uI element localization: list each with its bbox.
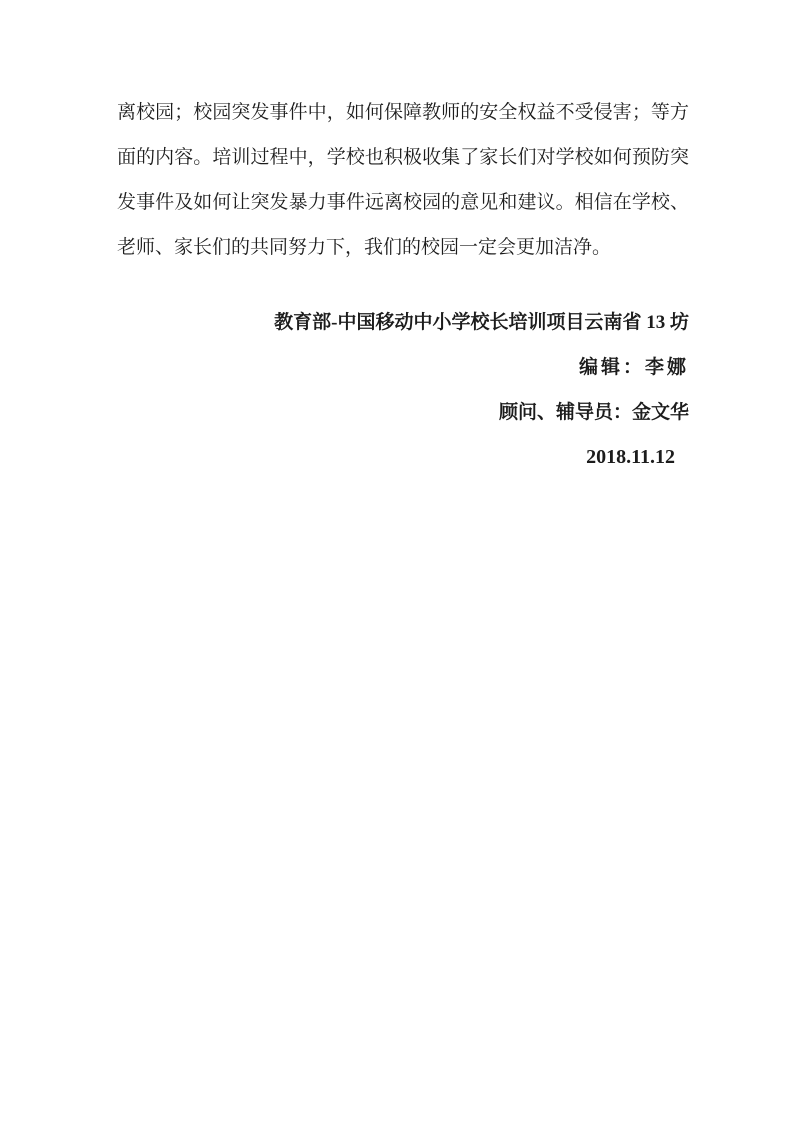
page-content: 离校园；校园突发事件中，如何保障教师的安全权益不受侵害；等方面的内容。培训过程中…	[117, 90, 689, 480]
document-page: { "page": { "background_color": "#ffffff…	[0, 0, 800, 1131]
page: 离校园；校园突发事件中，如何保障教师的安全权益不受侵害；等方面的内容。培训过程中…	[0, 0, 800, 1131]
attribution-organization: 教育部-中国移动中小学校长培训项目云南省 13 坊	[117, 300, 689, 345]
body-paragraph: 离校园；校园突发事件中，如何保障教师的安全权益不受侵害；等方面的内容。培训过程中…	[117, 90, 689, 270]
attribution-editor: 编辑：李娜	[117, 345, 689, 390]
attribution-date: 2018.11.12	[117, 435, 689, 480]
attribution-advisor: 顾问、辅导员：金文华	[117, 390, 689, 435]
attribution-block: 教育部-中国移动中小学校长培训项目云南省 13 坊 编辑：李娜 顾问、辅导员：金…	[117, 300, 689, 480]
